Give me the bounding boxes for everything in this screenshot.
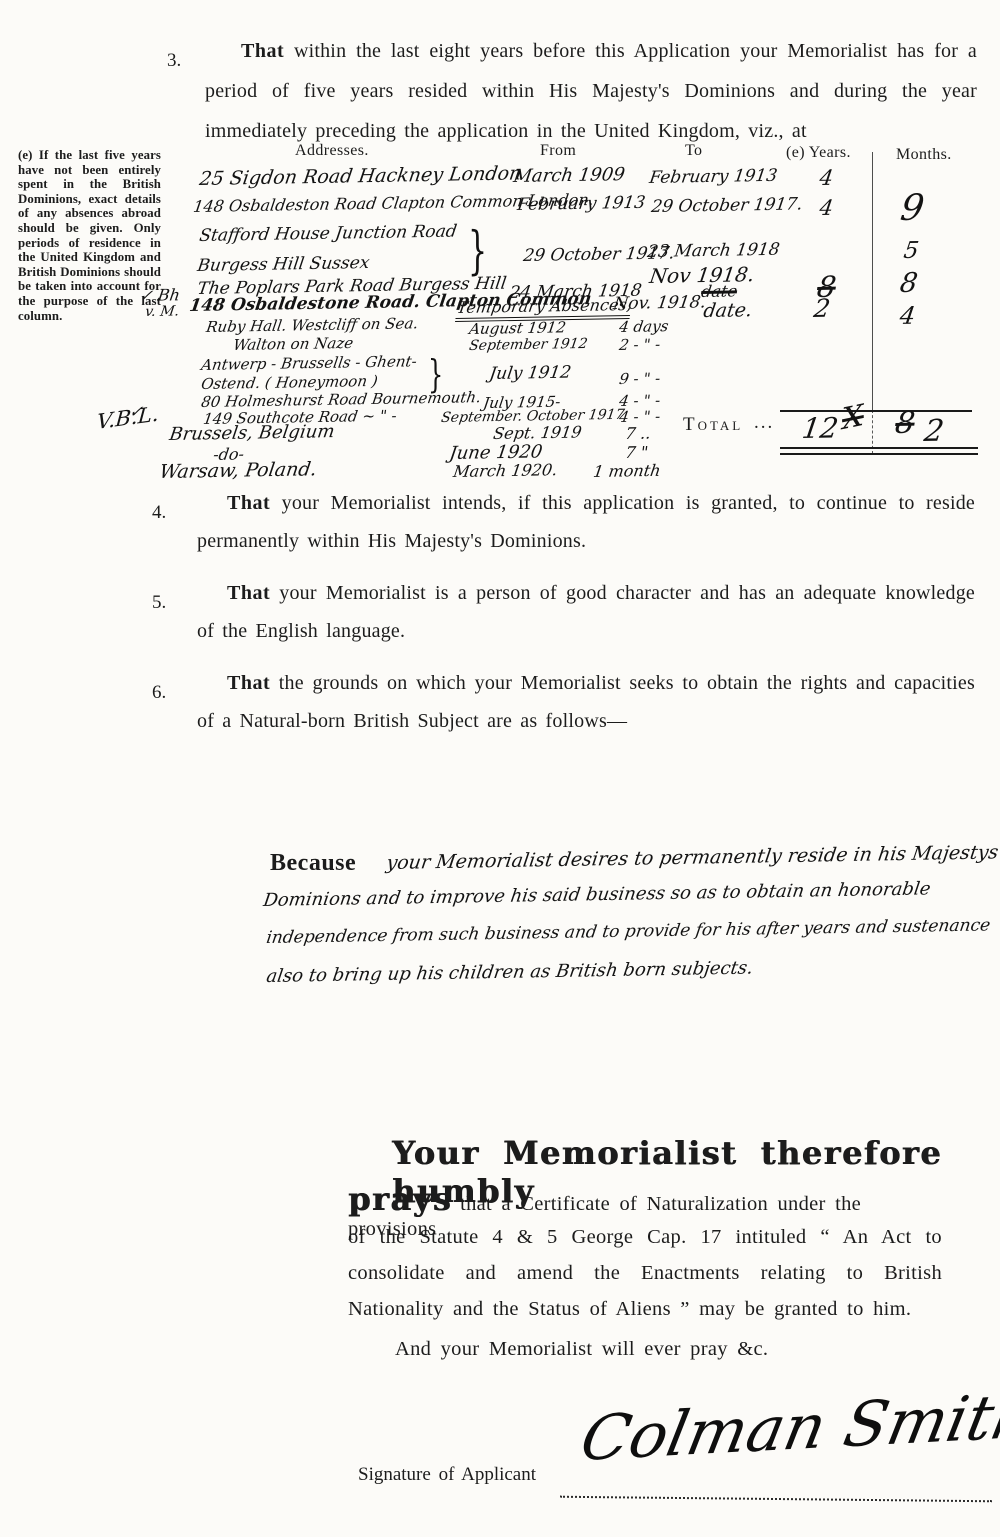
prayer-line-3: of the Statute 4 & 5 George Cap. 17 inti… <box>348 1226 942 1249</box>
table-row-address-line2: Burgess Hill Sussex <box>196 253 371 276</box>
margin-initials-vbl: V.B.L. <box>96 402 160 434</box>
absence-when: March 1920. <box>452 460 559 481</box>
total-label: Total <box>683 414 743 436</box>
table-row-years: 4 <box>818 196 835 220</box>
clause-3-lead: That <box>241 40 284 62</box>
clause-6-lead: That <box>227 672 270 694</box>
prayer-line-4: consolidate and amend the Enactments rel… <box>348 1262 942 1285</box>
absence-place: Walton on Naze <box>232 334 355 354</box>
absence-when: August 1912 <box>468 318 567 338</box>
clause-4-text: That your Memorialist intends, if this a… <box>197 484 975 560</box>
table-row-years: 4 <box>818 166 835 190</box>
absence-duration: 9 - " - <box>618 369 662 388</box>
column-header-from: From <box>540 142 576 160</box>
clause-5-lead: That <box>227 582 270 604</box>
brace-glyph: } <box>468 222 487 282</box>
absence-when: July 1912 <box>488 363 573 384</box>
absence-place: Warsaw, Poland. <box>158 458 318 483</box>
applicant-signature: Colman Smith <box>575 1379 1000 1475</box>
table-row-from: Nov. 1918. <box>612 292 707 314</box>
clause-3-rest: within the last eight years before this … <box>205 40 977 142</box>
clause-6-rest: the grounds on which your Memorialist se… <box>197 672 975 732</box>
prayer-line-5: Nationality and the Status of Aliens ” m… <box>348 1298 942 1321</box>
table-row-address-line1: Stafford House Junction Road <box>198 222 458 246</box>
table-row-to: February 1913 <box>648 166 779 188</box>
table-column-divider <box>872 152 873 410</box>
because-line-2: Dominions and to improve his said busine… <box>262 878 932 911</box>
clause-5-text: That your Memorialist is a person of goo… <box>197 574 975 650</box>
margin-checkmark-initials-1: ✓ Bh <box>138 285 181 305</box>
absence-duration: 4 days <box>618 317 670 336</box>
absence-when: Sept. 1919 <box>492 422 583 443</box>
prayer-lead: prays <box>348 1180 452 1218</box>
absence-duration: 7 .. <box>624 424 652 443</box>
total-dots: ... <box>754 412 774 434</box>
total-years-value: 12 <box>800 411 840 445</box>
absence-duration: 1 month <box>592 461 662 481</box>
because-label: Because <box>270 850 356 877</box>
absence-place-line1: Antwerp - Brussells - Ghent- <box>200 352 418 374</box>
table-row-months: 8 <box>898 268 920 299</box>
table-row-to: 29 October 1917. <box>650 194 804 217</box>
total-years-scribble: X <box>841 398 864 437</box>
table-row-from: February 1913 <box>516 193 647 215</box>
table-row-to-struck: date <box>700 281 738 301</box>
table-row-from: March 1909 <box>512 164 626 187</box>
clause-6-number: 6. <box>152 682 166 704</box>
absence-place: Ruby Hall. Westcliff on Sea. <box>205 314 420 336</box>
table-row-months: 4 <box>898 302 917 330</box>
absence-duration: 2 - " - <box>618 335 662 354</box>
signature-label: Signature of Applicant <box>358 1464 536 1486</box>
absence-when: September 1912 <box>468 336 589 354</box>
signature-line <box>560 1496 992 1503</box>
clause-4-lead: That <box>227 492 270 514</box>
column-header-years: (e) Years. <box>786 144 851 162</box>
clause-4-rest: your Memorialist intends, if this applic… <box>197 492 975 552</box>
clause-5-rest: your Memorialist is a person of good cha… <box>197 582 975 642</box>
clause-6-text: That the grounds on which your Memoriali… <box>197 664 975 740</box>
clause-4-number: 4. <box>152 502 166 524</box>
absence-duration: 7 " <box>624 443 649 462</box>
table-row-to: date. <box>702 299 754 322</box>
table-row-address: 25 Sigdon Road Hackney London <box>198 162 523 190</box>
table-row-to: 23 March 1918 <box>646 240 781 262</box>
column-header-addresses: Addresses. <box>295 142 369 160</box>
column-header-months: Months. <box>896 146 952 164</box>
prayer-closing: And your Memorialist will ever pray &c. <box>395 1338 768 1361</box>
margin-checkmark-initials-2: v. M. <box>144 303 180 320</box>
total-months-value: 2 <box>922 414 946 449</box>
total-rule-bottom <box>780 447 978 455</box>
table-row-months: 5 <box>902 238 920 264</box>
because-line-1: your Memorialist desires to permanently … <box>385 841 1000 874</box>
clause-3-text: That within the last eight years before … <box>205 31 977 151</box>
document-page: 3. That within the last eight years befo… <box>0 0 1000 1537</box>
table-row-years: 2 <box>812 294 832 323</box>
clause-3-number: 3. <box>167 50 181 72</box>
column-header-to: To <box>685 142 702 160</box>
because-line-4: also to bring up his children as British… <box>265 958 754 987</box>
table-row-months: 9 <box>898 188 927 229</box>
absence-place: Brussels, Belgium <box>168 421 336 445</box>
because-line-3: independence from such business and to p… <box>265 915 992 948</box>
clause-5-number: 5. <box>152 592 166 614</box>
total-months-struck: 8 <box>893 406 917 441</box>
